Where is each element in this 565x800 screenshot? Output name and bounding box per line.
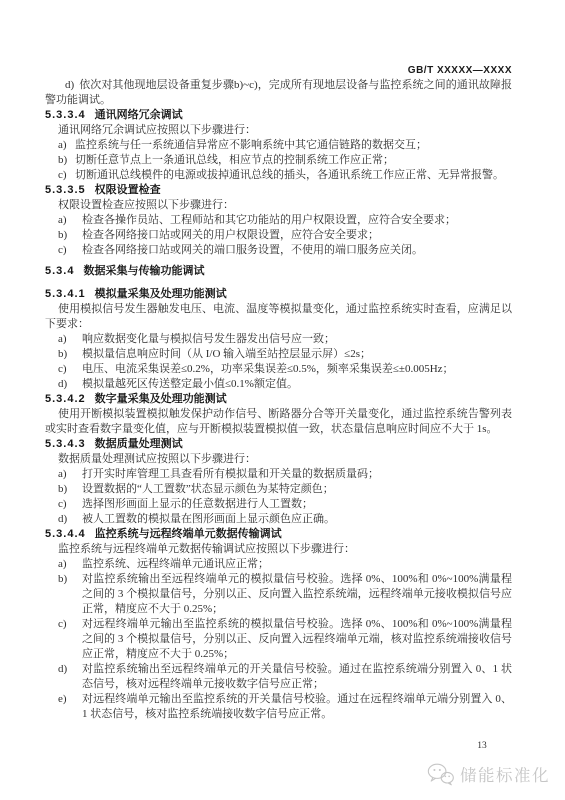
list-marker: b) <box>58 228 82 243</box>
list-item-text: 检查各网络接口站或网关的用户权限设置，应符合安全要求； <box>82 228 512 243</box>
list-item: d)依次对其他现地层设备重复步骤b)~c)，完成所有现地层设备与监控系统之间的通… <box>45 78 512 108</box>
paragraph: 权限设置检查应按照以下步骤进行： <box>45 198 512 213</box>
section-title: 监控系统与远程终端单元数据传输调试 <box>95 528 282 540</box>
list-marker: a) <box>58 557 82 572</box>
list-item-text: 依次对其他现地层设备重复步骤b)~c)，完成所有现地层设备与监控系统之间的通讯故… <box>45 79 512 106</box>
list-marker: c) <box>58 243 82 258</box>
section-number: 5.3.3.4 <box>45 109 86 121</box>
list-marker: b) <box>58 347 82 362</box>
list-item-text: 模拟量信息响应时间（从 I/O 输入端至站控层显示屏）≤2s； <box>82 347 512 362</box>
list-item: c)切断通讯总线模件的电源或拔掉通讯总线的插头，各通讯系统工作应正常、无异常报警… <box>45 168 512 183</box>
footer-brand-text: 储能标准化 <box>460 762 550 786</box>
list-item-text: 选择图形画面上显示的任意数据进行人工置数； <box>82 497 512 512</box>
list-item-text: 检查各操作员站、工程师站和其它功能站的用户权限设置，应符合安全要求； <box>82 213 512 228</box>
list-marker: a) <box>58 138 75 153</box>
list-marker: d) <box>65 79 74 91</box>
section-number: 5.3.4.4 <box>45 528 86 540</box>
list-marker: a) <box>58 467 82 482</box>
list-item: a)响应数据变化量与模拟信号发生器发出信号应一致； <box>45 332 512 347</box>
list-marker: d) <box>58 512 82 527</box>
section-number: 5.3.4.3 <box>45 438 86 450</box>
list-marker: c) <box>58 168 75 183</box>
list-item: b)对监控系统输出至远程终端单元的模拟量信号校验。选择 0%、100%和 0%~… <box>45 572 512 617</box>
list-item-text: 切断任意节点上一条通讯总线，相应节点的控制系统工作应正常； <box>75 153 512 168</box>
list-marker: c) <box>58 362 82 377</box>
list-item: d)对监控系统输出至远程终端单元的开关量信号校验。通过在监控系统端分别置入 0、… <box>45 662 512 692</box>
standard-number: GB/T XXXXX—XXXX <box>408 65 512 76</box>
section-number: 5.3.3.5 <box>45 184 86 196</box>
list-item: c)电压、电流采集误差≤0.2%，功率采集误差≤0.5%，频率采集误差≤±0.0… <box>45 362 512 377</box>
section-number: 5.3.4 <box>45 265 74 277</box>
list-item-text: 模拟量越死区传送整定最小值≤0.1%额定值。 <box>82 377 512 392</box>
paragraph: 数据质量处理测试应按照以下步骤进行： <box>45 452 512 467</box>
section-heading: 5.3.4.3数据质量处理测试 <box>45 437 512 452</box>
paragraph: 通讯网络冗余调试应按照以下步骤进行： <box>45 123 512 138</box>
list-item: a)监控系统、远程终端单元通讯应正常； <box>45 557 512 572</box>
list-marker: c) <box>58 617 82 662</box>
section-title: 通讯网络冗余调试 <box>95 109 183 121</box>
list-item: b)设置数据的“人工置数”状态显示颜色为某特定颜色； <box>45 482 512 497</box>
section-heading: 5.3.3.5权限设置检查 <box>45 183 512 198</box>
list-item: d)模拟量越死区传送整定最小值≤0.1%额定值。 <box>45 377 512 392</box>
section-heading: 5.3.4.1模拟量采集及处理功能测试 <box>45 287 512 302</box>
list-marker: a) <box>58 332 82 347</box>
list-item: e)对远程终端单元输出至监控系统的开关量信号校验。通过在远程终端单元端分别置入 … <box>45 692 512 722</box>
list-item-text: 被人工置数的模拟量在图形画面上显示颜色应正确。 <box>82 512 512 527</box>
list-item: c)检查各网络接口站或网关的端口服务设置，不使用的端口服务应关闭。 <box>45 243 512 258</box>
list-item-text: 切断通讯总线模件的电源或拔掉通讯总线的插头，各通讯系统工作应正常、无异常报警。 <box>75 168 512 183</box>
list-item-text: 打开实时库管理工具查看所有模拟量和开关量的数据质量码； <box>82 467 512 482</box>
paragraph: 监控系统与远程终端单元数据传输调试应按照以下步骤进行： <box>45 542 512 557</box>
list-item: b)检查各网络接口站或网关的用户权限设置，应符合安全要求； <box>45 228 512 243</box>
list-item: c)选择图形画面上显示的任意数据进行人工置数； <box>45 497 512 512</box>
list-item: a)监控系统与任一系统通信异常应不影响系统中其它通信链路的数据交互； <box>45 138 512 153</box>
section-title: 模拟量采集及处理功能测试 <box>95 288 227 300</box>
list-item-text: 监控系统与任一系统通信异常应不影响系统中其它通信链路的数据交互； <box>75 138 512 153</box>
list-item-text: 设置数据的“人工置数”状态显示颜色为某特定颜色； <box>82 482 512 497</box>
list-item-text: 响应数据变化量与模拟信号发生器发出信号应一致； <box>82 332 512 347</box>
section-number: 5.3.4.2 <box>45 393 86 405</box>
document-content: d)依次对其他现地层设备重复步骤b)~c)，完成所有现地层设备与监控系统之间的通… <box>45 78 512 722</box>
section-title: 权限设置检查 <box>95 184 161 196</box>
list-marker: b) <box>58 572 82 617</box>
list-marker: c) <box>58 497 82 512</box>
section-heading: 5.3.4.2数字量采集及处理功能测试 <box>45 392 512 407</box>
page-number: 13 <box>468 741 496 751</box>
section-number: 5.3.4.1 <box>45 288 86 300</box>
list-item: a)检查各操作员站、工程师站和其它功能站的用户权限设置，应符合安全要求； <box>45 213 512 228</box>
section-heading: 5.3.4.4监控系统与远程终端单元数据传输调试 <box>45 527 512 542</box>
list-marker: b) <box>58 482 82 497</box>
list-item: c)对远程终端单元输出至监控系统的模拟量信号校验。选择 0%、100%和 0%~… <box>45 617 512 662</box>
list-marker: a) <box>58 213 82 228</box>
list-marker: d) <box>58 662 82 692</box>
document-page: GB/T XXXXX—XXXX d)依次对其他现地层设备重复步骤b)~c)，完成… <box>0 0 565 800</box>
footer-brand: 储能标准化 <box>427 761 550 787</box>
list-item-text: 对监控系统输出至远程终端单元的模拟量信号校验。选择 0%、100%和 0%~10… <box>82 572 512 617</box>
section-title: 数据质量处理测试 <box>95 438 183 450</box>
list-marker: b) <box>58 153 75 168</box>
list-item: b)模拟量信息响应时间（从 I/O 输入端至站控层显示屏）≤2s； <box>45 347 512 362</box>
list-item-text: 对远程终端单元输出至监控系统的模拟量信号校验。选择 0%、100%和 0%~10… <box>82 617 512 662</box>
list-item: d)被人工置数的模拟量在图形画面上显示颜色应正确。 <box>45 512 512 527</box>
list-item: a)打开实时库管理工具查看所有模拟量和开关量的数据质量码； <box>45 467 512 482</box>
list-marker: e) <box>58 692 82 722</box>
section-heading: 5.3.4数据采集与传输功能调试 <box>45 264 512 279</box>
section-title: 数字量采集及处理功能测试 <box>95 393 227 405</box>
list-marker: d) <box>58 377 82 392</box>
section-title: 数据采集与传输功能调试 <box>83 265 204 277</box>
paragraph: 使用模拟信号发生器触发电压、电流、温度等模拟量变化，通过监控系统实时查看，应满足… <box>45 302 512 332</box>
list-item-text: 监控系统、远程终端单元通讯应正常； <box>82 557 512 572</box>
list-item-text: 对监控系统输出至远程终端单元的开关量信号校验。通过在监控系统端分别置入 0、1 … <box>82 662 512 692</box>
section-heading: 5.3.3.4通讯网络冗余调试 <box>45 108 512 123</box>
list-item-text: 电压、电流采集误差≤0.2%，功率采集误差≤0.5%，频率采集误差≤±0.005… <box>82 362 512 377</box>
list-item: b)切断任意节点上一条通讯总线，相应节点的控制系统工作应正常； <box>45 153 512 168</box>
list-item-text: 对远程终端单元输出至监控系统的开关量信号校验。通过在远程终端单元端分别置入 0、… <box>82 692 512 722</box>
wechat-icon <box>427 762 454 786</box>
list-item-text: 检查各网络接口站或网关的端口服务设置，不使用的端口服务应关闭。 <box>82 243 512 258</box>
paragraph: 使用开断模拟装置模拟触发保护动作信号、断路器分合等开关量变化，通过监控系统告警列… <box>45 407 512 437</box>
